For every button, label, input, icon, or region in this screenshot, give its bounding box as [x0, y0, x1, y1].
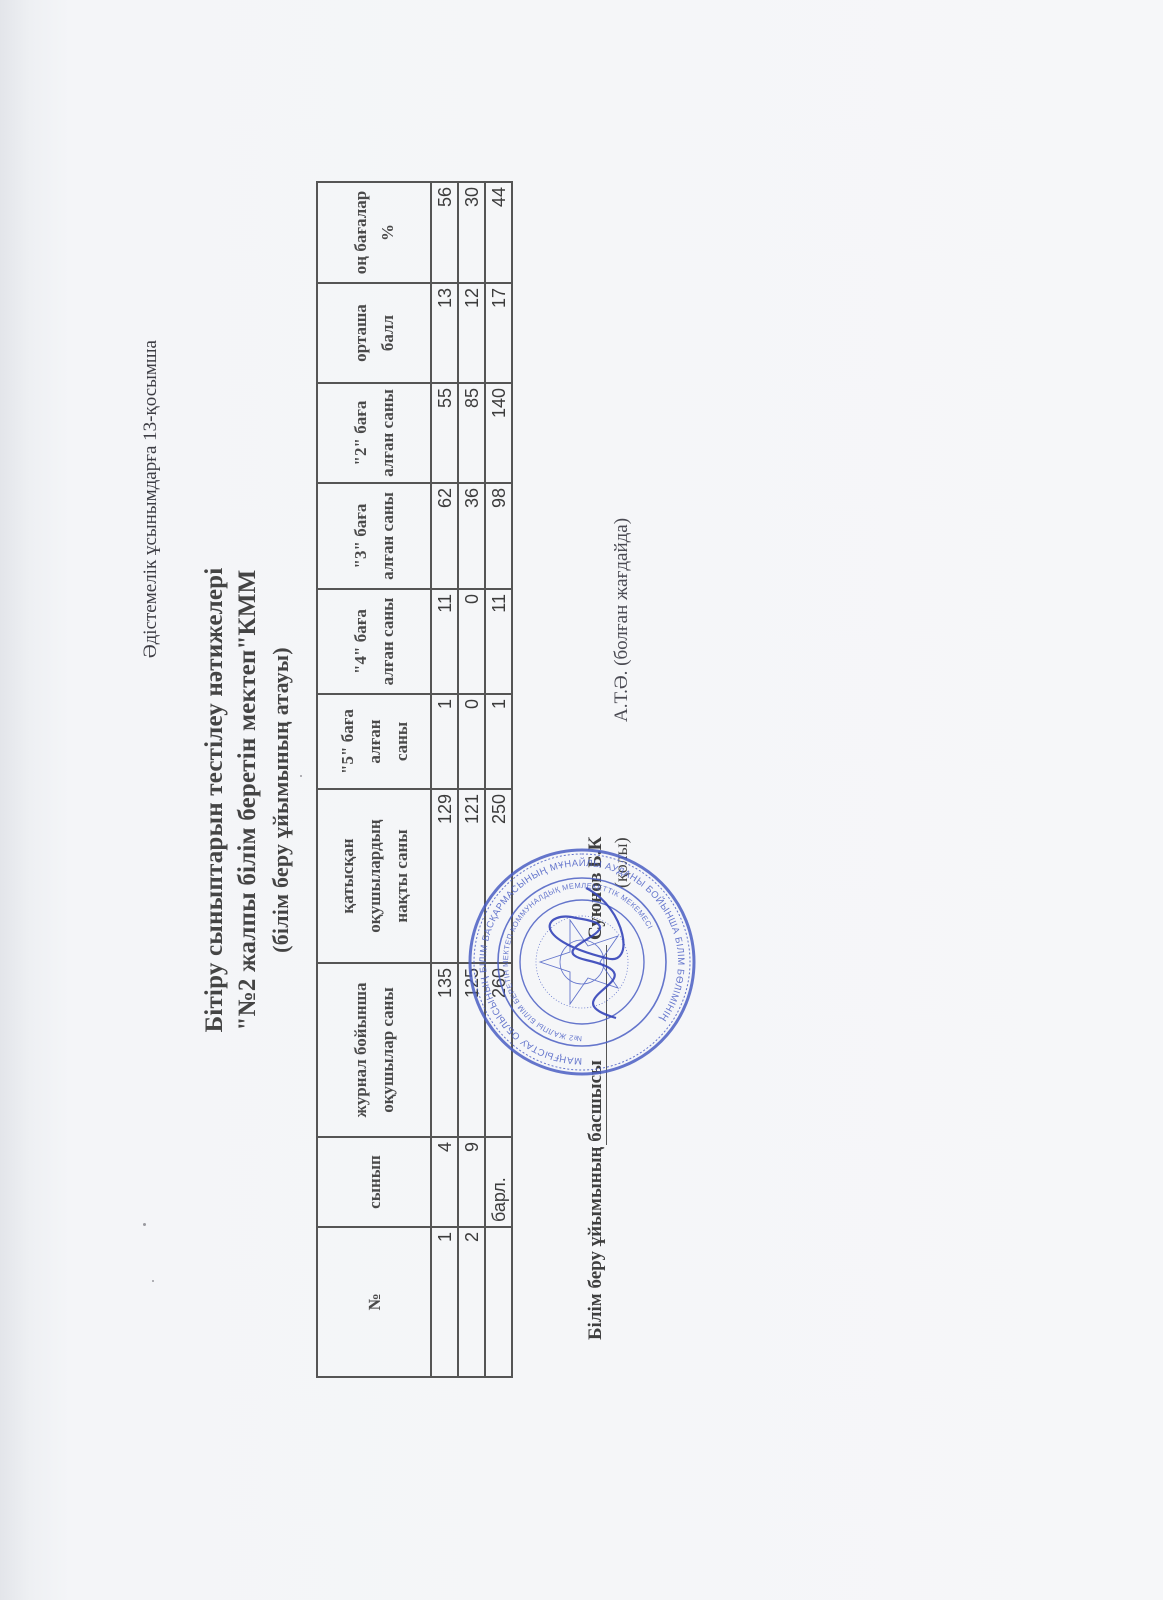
cell-number: 2 [458, 1227, 485, 1377]
cell-grade-2: 85 [458, 383, 485, 483]
cell-grade-5: 0 [458, 694, 485, 789]
official-stamp-icon: МАҢҒЫСТАУ ОБЛЫСЫНЫҢ БІЛІМ БАСҚАРМАСЫНЫҢ … [466, 846, 698, 1078]
cell-average-score: 12 [458, 283, 485, 383]
stamp-inner-text: №2 ЖАЛПЫ БІЛІМ БЕРЕТІН МЕКТЕП КОММУНАЛДЫ… [501, 881, 655, 1043]
cell-grade-5: 1 [431, 694, 458, 789]
table-row: 1 4 135 129 1 11 62 55 13 56 [431, 182, 458, 1377]
header-grade-4: "4" баға алған саны [317, 589, 431, 694]
full-name-note: А.Т.Ә. (болған жағдайда) [611, 518, 633, 722]
results-table: № сынып журнал бойынша оқушылар саны қат… [316, 181, 513, 1378]
cell-average-score: 17 [485, 283, 512, 383]
cell-students-present: 129 [431, 789, 458, 963]
cell-class: 4 [431, 1137, 458, 1227]
cell-grade-3: 62 [431, 483, 458, 589]
cell-number: 1 [431, 1227, 458, 1377]
cell-number [485, 1227, 512, 1377]
cell-grade-2: 140 [485, 383, 512, 483]
header-positive-percent: оң бағалар % [317, 182, 431, 283]
cell-grade-3: 98 [485, 483, 512, 589]
school-name-caption: (білім беру ұйымының атауы) [268, 300, 294, 1300]
header-average-score: орташа балл [317, 283, 431, 383]
table-row-total: барл. 260 250 1 11 98 140 17 44 [485, 182, 512, 1377]
header-students-present: қатысқан оқушылардың нақты саны [317, 789, 431, 963]
header-class: сынып [317, 1137, 431, 1227]
school-name: "№2 жалпы білім беретін мектеп"КММ [234, 300, 262, 1300]
cell-students-journal: 135 [431, 963, 458, 1137]
cell-grade-4: 11 [431, 589, 458, 694]
cell-positive-percent: 56 [431, 182, 458, 283]
cell-grade-3: 36 [458, 483, 485, 589]
appendix-note: Әдістемелік ұсынымдарға 13-қосымша [140, 340, 162, 1260]
table-header-row: № сынып журнал бойынша оқушылар саны қат… [317, 182, 431, 1377]
cell-class: 9 [458, 1137, 485, 1227]
cell-grade-5: 1 [485, 694, 512, 789]
cell-grade-4: 0 [458, 589, 485, 694]
document-page: Әдістемелік ұсынымдарға 13-қосымша Бітір… [0, 0, 1163, 1600]
header-grade-3: "3" баға алған саны [317, 483, 431, 589]
header-number: № [317, 1227, 431, 1377]
cell-grade-2: 55 [431, 383, 458, 483]
header-students-journal: журнал бойынша оқушылар саны [317, 963, 431, 1137]
cell-positive-percent: 44 [485, 182, 512, 283]
header-grade-2: "2" баға алған саны [317, 383, 431, 483]
header-grade-5: "5" баға алған саны [317, 694, 431, 789]
cell-grade-4: 11 [485, 589, 512, 694]
cell-positive-percent: 30 [458, 182, 485, 283]
table-row: 2 9 125 121 0 0 36 85 12 30 [458, 182, 485, 1377]
cell-average-score: 13 [431, 283, 458, 383]
document-title: Бітіру сыныптарын тестілеу нәтижелері [201, 300, 229, 1300]
cell-class-total-label: барл. [485, 1137, 512, 1227]
signature-label: Білім беру ұйымының басшысы [585, 1060, 607, 1340]
